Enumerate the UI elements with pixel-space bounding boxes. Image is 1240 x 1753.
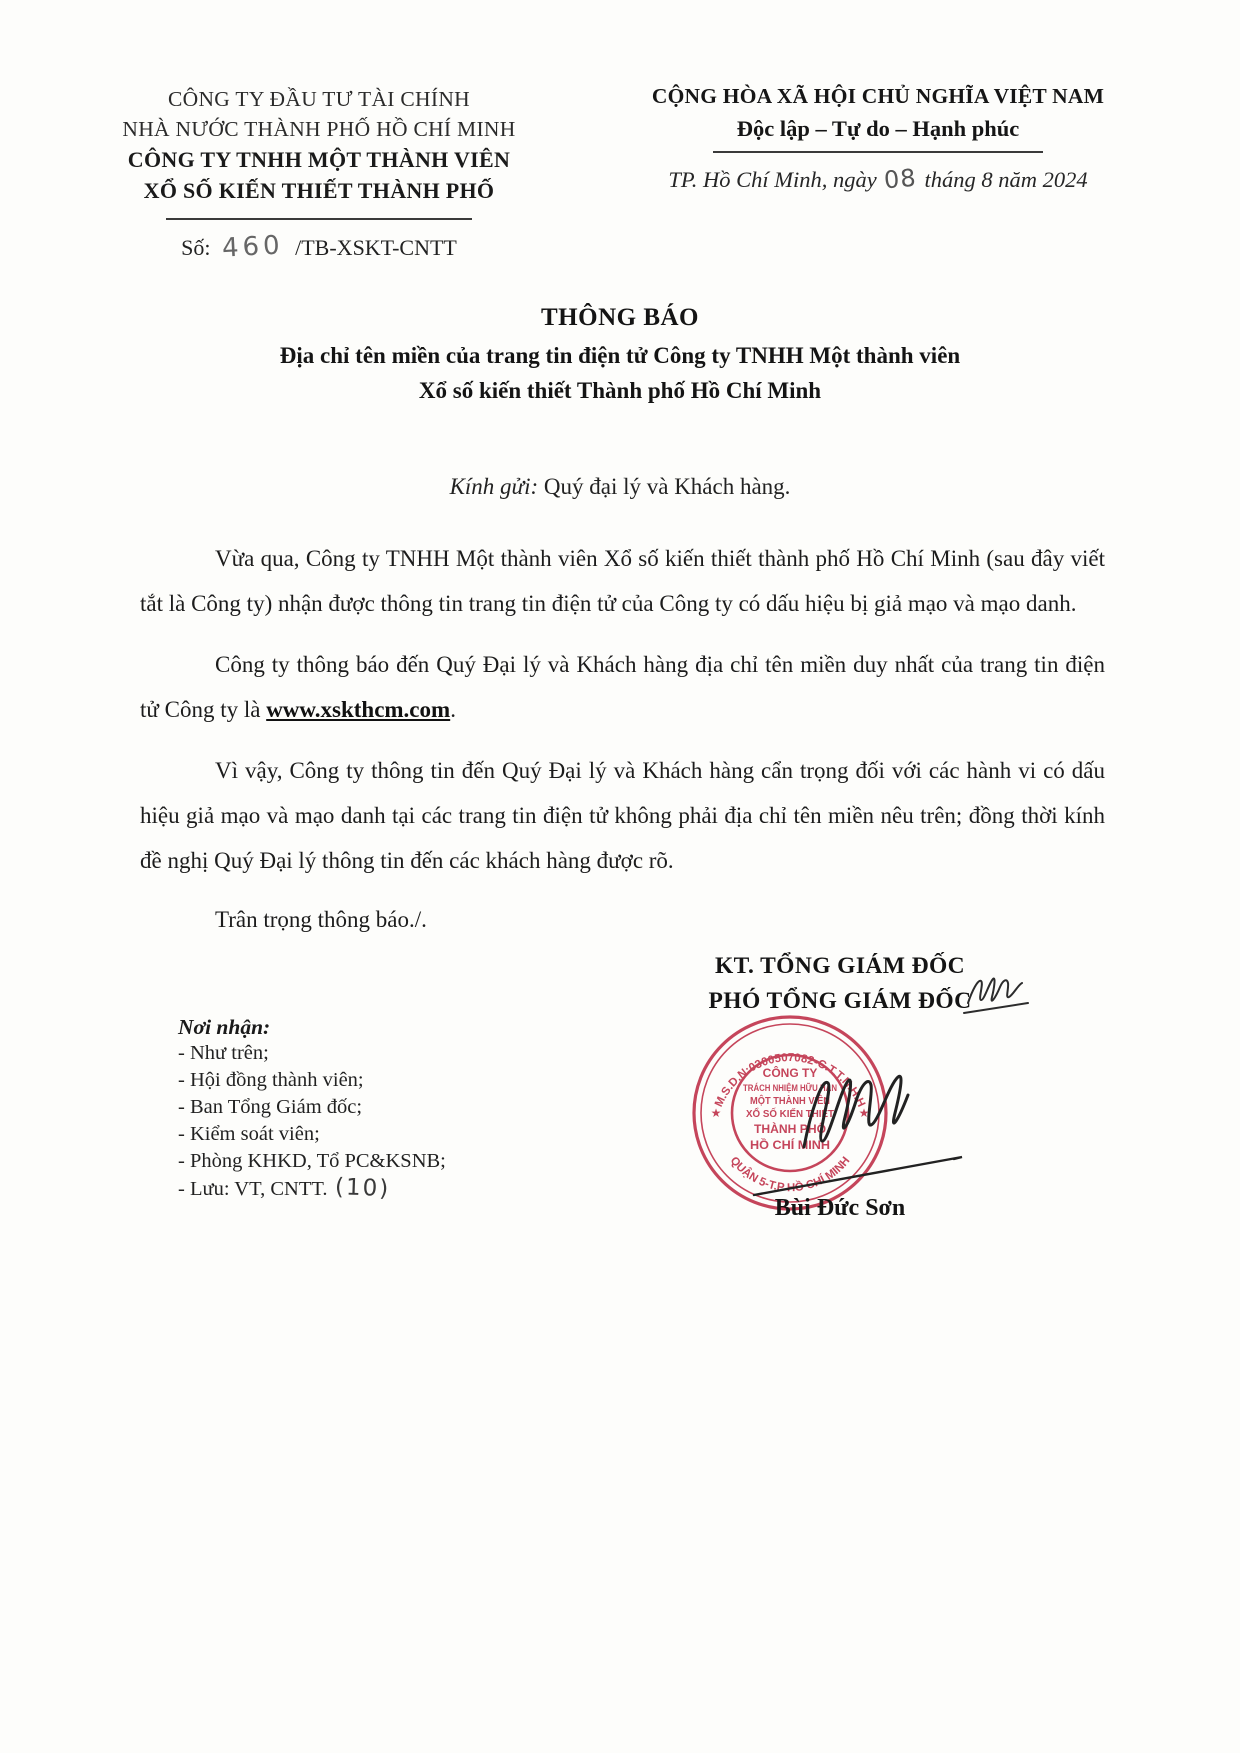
initials-signature-mark <box>962 969 1034 1021</box>
parent-org-line2: NHÀ NƯỚC THÀNH PHỐ HỒ CHÍ MINH <box>72 114 566 144</box>
body-paragraph-3: Vì vậy, Công ty thông tin đến Quý Đại lý… <box>140 748 1105 883</box>
motto-underline <box>713 151 1043 153</box>
doc-number-label: Số: <box>181 235 210 260</box>
director-signature <box>742 1055 982 1205</box>
signer-name: Bùi Đức Sơn <box>640 1195 1040 1222</box>
stamp-star-left-icon: ★ <box>711 1106 722 1120</box>
doc-number-suffix: /TB-XSKT-CNTT <box>295 235 457 260</box>
recipient-item: - Hội đồng thành viên; <box>178 1067 446 1094</box>
initials-stroke <box>968 979 1022 1003</box>
salutation-recipient: Quý đại lý và Khách hàng. <box>544 474 791 499</box>
place-date-line: TP. Hồ Chí Minh, ngày 08 tháng 8 năm 202… <box>628 165 1128 193</box>
document-type-heading: THÔNG BÁO <box>0 304 1240 332</box>
body-paragraph-1: Vừa qua, Công ty TNHH Một thành viên Xổ … <box>140 536 1105 626</box>
date-prefix: TP. Hồ Chí Minh, ngày <box>668 167 876 192</box>
signature-section: Nơi nhận: - Như trên; - Hội đồng thành v… <box>0 947 1240 1467</box>
company-name-line2: XỔ SỐ KIẾN THIẾT THÀNH PHỐ <box>72 175 566 206</box>
document-title-block: THÔNG BÁO Địa chỉ tên miền của trang tin… <box>0 304 1240 408</box>
paragraph-2-period: . <box>450 697 456 722</box>
parent-org-line1: CÔNG TY ĐẦU TƯ TÀI CHÍNH <box>72 84 566 114</box>
motto-line: Độc lập – Tự do – Hạnh phúc <box>628 116 1128 142</box>
recipient-item: - Phòng KHKD, Tổ PC&KSNB; <box>178 1148 446 1175</box>
national-title: CỘNG HÒA XÃ HỘI CHỦ NGHĨA VIỆT NAM <box>628 84 1128 109</box>
subject-line1: Địa chỉ tên miền của trang tin điện tử C… <box>0 338 1240 373</box>
recipient-item: - Như trên; <box>178 1040 446 1067</box>
recipient-item: - Kiểm soát viên; <box>178 1121 446 1148</box>
national-motto-block: CỘNG HÒA XÃ HỘI CHỦ NGHĨA VIỆT NAM Độc l… <box>628 84 1128 262</box>
recipient-item: - Ban Tổng Giám đốc; <box>178 1094 446 1121</box>
body-paragraph-2: Công ty thông báo đến Quý Đại lý và Khác… <box>140 642 1105 732</box>
recipients-label: Nơi nhận: <box>178 1015 446 1040</box>
company-name-line1: CÔNG TY TNHH MỘT THÀNH VIÊN <box>72 144 566 175</box>
initials-underline <box>964 1003 1028 1013</box>
subject-line2: Xổ số kiến thiết Thành phố Hồ Chí Minh <box>0 373 1240 408</box>
document-page: CÔNG TY ĐẦU TƯ TÀI CHÍNH NHÀ NƯỚC THÀNH … <box>0 0 1240 1753</box>
closing-line: Trân trọng thông báo./. <box>140 907 1105 933</box>
signature-flourish-line <box>754 1157 962 1195</box>
official-domain-link[interactable]: www.xskthcm.com <box>266 697 450 722</box>
document-number-line: Số: 460 /TB-XSKT-CNTT <box>72 232 566 262</box>
issuing-org-block: CÔNG TY ĐẦU TƯ TÀI CHÍNH NHÀ NƯỚC THÀNH … <box>72 84 566 262</box>
signature-stroke <box>804 1076 908 1147</box>
salutation-label: Kính gửi: <box>450 474 539 499</box>
recipients-block: Nơi nhận: - Như trên; - Hội đồng thành v… <box>178 1015 446 1203</box>
copies-count-handwritten: (10) <box>327 1174 391 1203</box>
org-underline <box>166 218 472 220</box>
salutation-line: Kính gửi: Quý đại lý và Khách hàng. <box>0 474 1240 500</box>
doc-number-handwritten: 460 <box>215 230 290 264</box>
document-header: CÔNG TY ĐẦU TƯ TÀI CHÍNH NHÀ NƯỚC THÀNH … <box>0 0 1240 262</box>
date-suffix: tháng 8 năm 2024 <box>925 167 1088 192</box>
recipient-item-archive: - Lưu: VT, CNTT.(10) <box>178 1175 446 1203</box>
date-day-handwritten: 08 <box>881 163 920 194</box>
archive-text: - Lưu: VT, CNTT. <box>178 1178 327 1200</box>
document-subject: Địa chỉ tên miền của trang tin điện tử C… <box>0 338 1240 408</box>
